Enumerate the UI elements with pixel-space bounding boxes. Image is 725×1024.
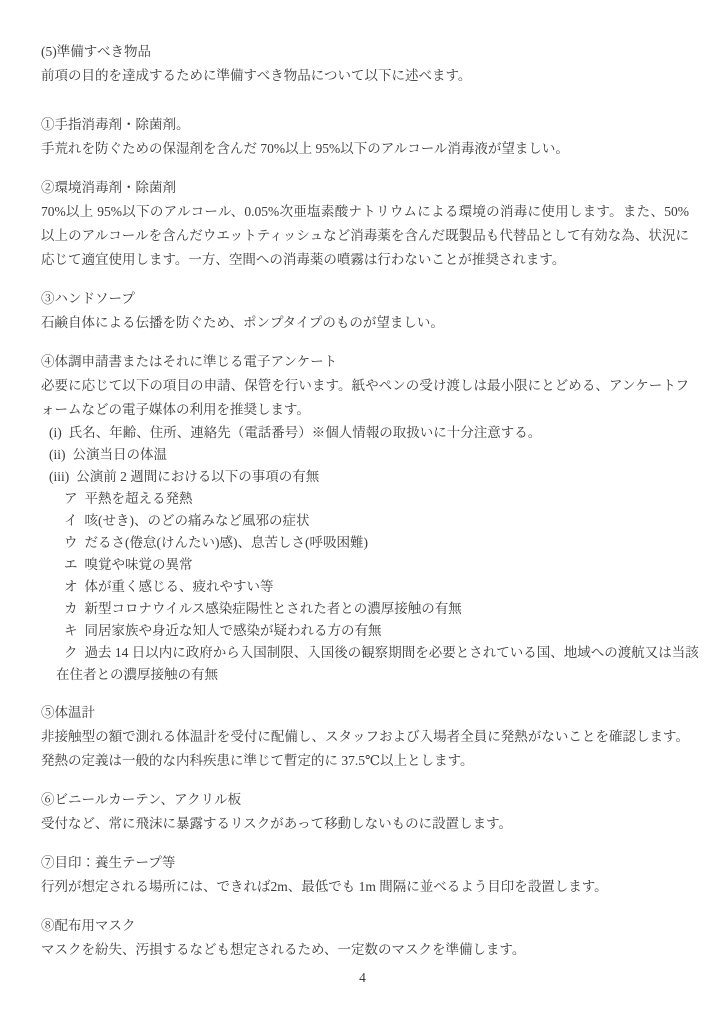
- checklist-item: ク過去 14 日以内に政府から入国制限、入国後の観察期間を必要とされている国、地…: [41, 642, 689, 664]
- item-6-body: 受付など、常に飛沫に暴露するリスクがあって移動しないものに設置します。: [41, 812, 689, 836]
- item-5-body: 非接触型の額で測れる体温計を受付に配備し、スタッフおよび入場者全員に発熱がないこ…: [41, 725, 689, 773]
- checklist-item: ア平熱を超える発熱: [41, 488, 689, 510]
- checklist-item: ウだるさ(倦怠(けんたい)感)、息苦しさ(呼吸困難): [41, 532, 689, 554]
- item-5-heading: ⑤体温計: [41, 701, 689, 725]
- item-7-body: 行列が想定される場所には、できれば2m、最低でも 1m 間隔に並べるよう目印を設…: [41, 875, 689, 899]
- item-7-heading: ⑦目印：養生テープ等: [41, 851, 689, 875]
- survey-item-text: 公演前 2 週間における以下の事項の有無: [76, 469, 319, 484]
- survey-item-list: (i)氏名、年齢、住所、連絡先（電話番号）※個人情報の取扱いに十分注意する。 (…: [41, 422, 689, 488]
- checklist-item-marker: ア: [64, 488, 78, 510]
- checklist-item-text: 同居家族や身近な知人で感染が疑われる方の有無: [85, 623, 382, 638]
- item-3-hand-soap: ③ハンドソープ 石鹸自体による伝播を防ぐため、ポンプタイプのものが望ましい。: [41, 287, 689, 335]
- checklist-item-marker: オ: [64, 576, 78, 598]
- checklist-item: イ咳(せき)、のどの痛みなど風邪の症状: [41, 510, 689, 532]
- checklist-item-marker: カ: [64, 598, 78, 620]
- survey-item: (ii)公演当日の体温: [41, 444, 689, 466]
- checklist-item-continuation: 在住者との濃厚接触の有無: [41, 664, 689, 686]
- item-3-body: 石鹸自体による伝播を防ぐため、ポンプタイプのものが望ましい。: [41, 311, 689, 335]
- item-4-health-questionnaire: ④体調申請書またはそれに準じる電子アンケート 必要に応じて以下の項目の申請、保管…: [41, 350, 689, 686]
- item-4-body: 必要に応じて以下の項目の申請、保管を行います。紙やペンの受け渡しは最小限にとどめ…: [41, 374, 689, 422]
- item-1-heading: ①手指消毒剤・除菌剤。: [41, 113, 689, 137]
- item-4-heading: ④体調申請書またはそれに準じる電子アンケート: [41, 350, 689, 374]
- survey-item-marker: (iii): [49, 466, 69, 488]
- checklist-item-marker: イ: [64, 510, 78, 532]
- checklist-item: エ嗅覚や味覚の異常: [41, 554, 689, 576]
- item-5-thermometer: ⑤体温計 非接触型の額で測れる体温計を受付に配備し、スタッフおよび入場者全員に発…: [41, 701, 689, 773]
- item-1-hand-disinfectant: ①手指消毒剤・除菌剤。 手荒れを防ぐための保湿剤を含んだ 70%以上 95%以下…: [41, 113, 689, 161]
- item-1-body: 手荒れを防ぐための保湿剤を含んだ 70%以上 95%以下のアルコール消毒液が望ま…: [41, 137, 689, 161]
- item-8-heading: ⑧配布用マスク: [41, 914, 689, 938]
- page-content: (5)準備すべき物品 前項の目的を達成するために準備すべき物品について以下に述べ…: [0, 0, 725, 962]
- checklist-item-text: 咳(せき)、のどの痛みなど風邪の症状: [85, 513, 310, 528]
- section-intro: 前項の目的を達成するために準備すべき物品について以下に述べます。: [41, 64, 689, 88]
- item-3-heading: ③ハンドソープ: [41, 287, 689, 311]
- checklist-item-text: 体が重く感じる、疲れやすい等: [85, 579, 274, 594]
- checklist-item: カ新型コロナウイルス感染症陽性とされた者との濃厚接触の有無: [41, 598, 689, 620]
- survey-item: (i)氏名、年齢、住所、連絡先（電話番号）※個人情報の取扱いに十分注意する。: [41, 422, 689, 444]
- checklist-item-marker: ク: [64, 642, 78, 664]
- item-6-heading: ⑥ビニールカーテン、アクリル板: [41, 788, 689, 812]
- section-heading: (5)準備すべき物品: [41, 40, 689, 64]
- checklist-item-text: 新型コロナウイルス感染症陽性とされた者との濃厚接触の有無: [85, 601, 462, 616]
- item-2-environment-disinfectant: ②環境消毒剤・除菌剤 70%以上 95%以下のアルコール、0.05%次亜塩素酸ナ…: [41, 176, 689, 272]
- survey-item-marker: (ii): [49, 444, 66, 466]
- checklist-item-marker: エ: [64, 554, 78, 576]
- page-number: 4: [0, 970, 725, 986]
- checklist-item: オ体が重く感じる、疲れやすい等: [41, 576, 689, 598]
- checklist-item-text: 平熱を超える発熱: [85, 491, 193, 506]
- survey-item-text: 公演当日の体温: [73, 447, 168, 462]
- document-page: (5)準備すべき物品 前項の目的を達成するために準備すべき物品について以下に述べ…: [0, 0, 725, 1024]
- survey-item: (iii)公演前 2 週間における以下の事項の有無: [41, 466, 689, 488]
- checklist-item-marker: ウ: [64, 532, 78, 554]
- symptom-checklist: ア平熱を超える発熱 イ咳(せき)、のどの痛みなど風邪の症状 ウだるさ(倦怠(けん…: [41, 488, 689, 686]
- checklist-item-text: 嗅覚や味覚の異常: [85, 557, 193, 572]
- checklist-item: キ同居家族や身近な知人で感染が疑われる方の有無: [41, 620, 689, 642]
- item-2-heading: ②環境消毒剤・除菌剤: [41, 176, 689, 200]
- survey-item-text: 氏名、年齢、住所、連絡先（電話番号）※個人情報の取扱いに十分注意する。: [69, 425, 542, 440]
- item-6-vinyl-curtain: ⑥ビニールカーテン、アクリル板 受付など、常に飛沫に暴露するリスクがあって移動し…: [41, 788, 689, 836]
- checklist-item-text: 過去 14 日以内に政府から入国制限、入国後の観察期間を必要とされている国、地域…: [85, 645, 699, 660]
- item-7-floor-markers: ⑦目印：養生テープ等 行列が想定される場所には、できれば2m、最低でも 1m 間…: [41, 851, 689, 899]
- item-8-distribution-masks: ⑧配布用マスク マスクを紛失、汚損するなども想定されるため、一定数のマスクを準備…: [41, 914, 689, 962]
- checklist-item-marker: キ: [64, 620, 78, 642]
- checklist-item-text: だるさ(倦怠(けんたい)感)、息苦しさ(呼吸困難): [85, 535, 368, 550]
- survey-item-marker: (i): [49, 422, 62, 444]
- item-2-body: 70%以上 95%以下のアルコール、0.05%次亜塩素酸ナトリウムによる環境の消…: [41, 200, 689, 272]
- item-8-body: マスクを紛失、汚損するなども想定されるため、一定数のマスクを準備します。: [41, 938, 689, 962]
